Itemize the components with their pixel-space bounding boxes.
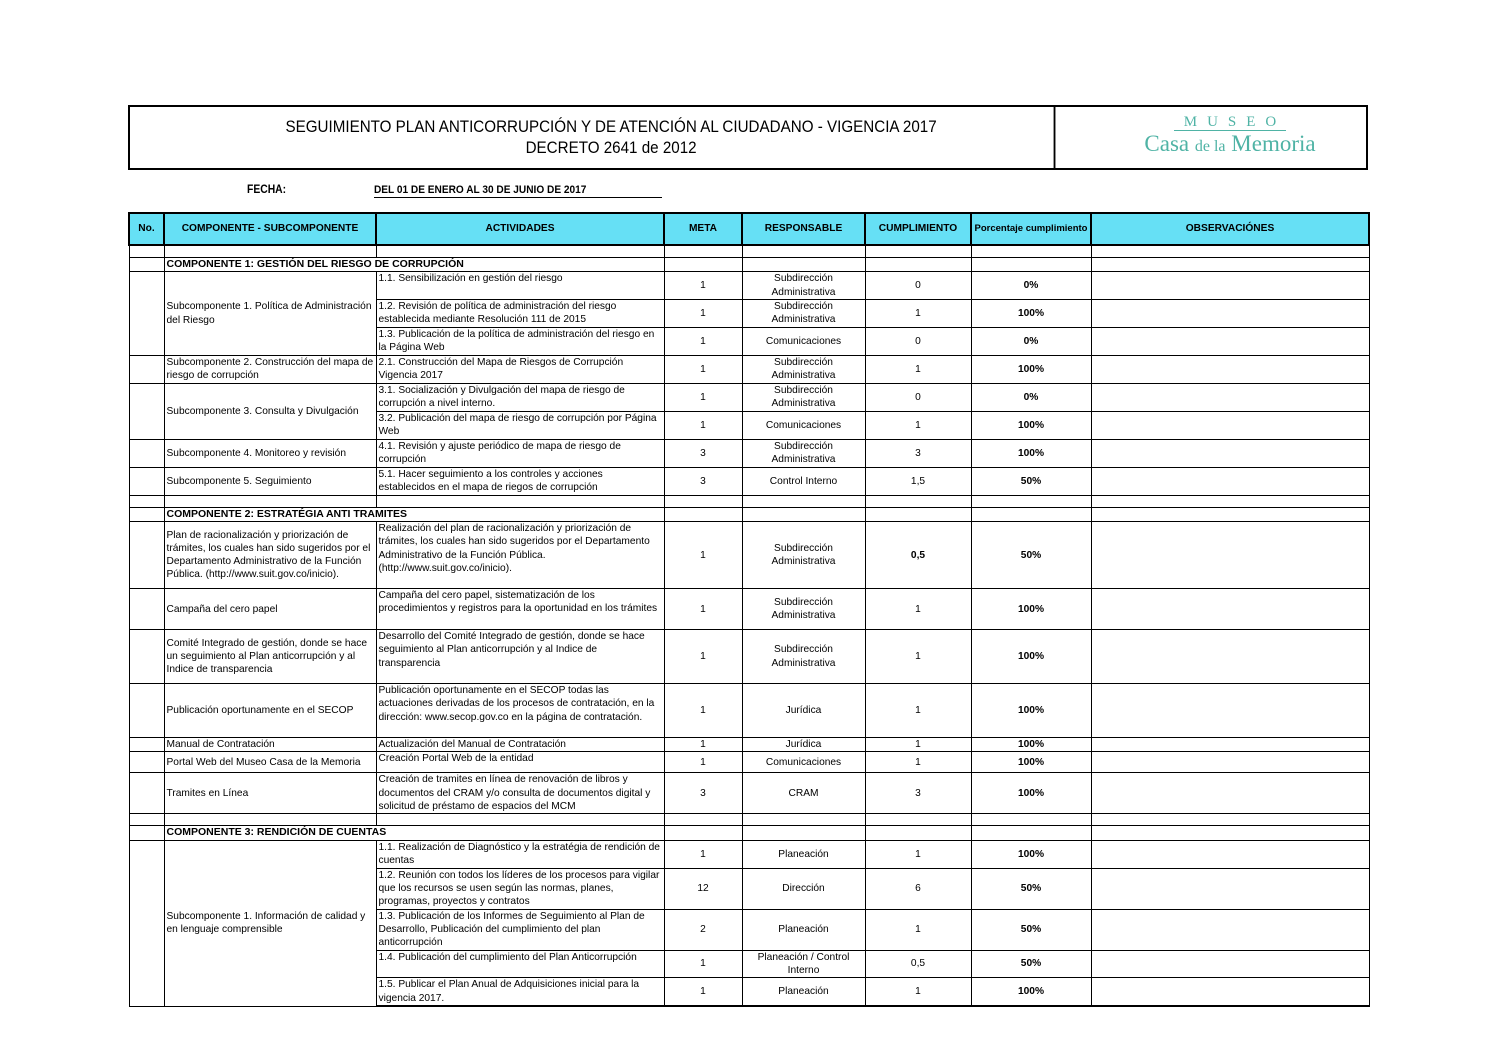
meta-cell: 1	[664, 522, 742, 589]
porcentaje-cell: 50%	[971, 868, 1091, 909]
subcomponent-cell: Comité Integrado de gestión, donde se ha…	[164, 630, 376, 684]
meta-cell: 1	[664, 738, 742, 752]
observaciones-cell	[1091, 752, 1369, 773]
subcomponent-cell: Campaña del cero papel	[164, 589, 376, 630]
responsable-cell: Subdirección Administrativa	[742, 522, 865, 589]
component-header-row: COMPONENTE 2: ESTRATÉGIA ANTI TRAMITES	[129, 507, 1369, 521]
subcomponent-cell: Tramites en Línea	[164, 773, 376, 814]
subcomponent-cell: Subcomponente 5. Seguimiento	[164, 467, 376, 495]
observaciones-cell	[1091, 978, 1369, 1007]
subcomponent-cell: Subcomponente 1. Política de Administrac…	[164, 272, 376, 356]
empty-cell	[129, 495, 164, 507]
empty-cell	[376, 245, 664, 258]
empty-cell	[865, 245, 971, 258]
porcentaje-cell: 100%	[971, 978, 1091, 1007]
row-number	[129, 355, 164, 383]
activity-cell: Publicación oportunamente en el SECOP to…	[376, 684, 664, 738]
table-row: Subcomponente 1. Información de calidad …	[129, 840, 1369, 868]
empty-cell	[376, 814, 664, 826]
component-title: COMPONENTE 2: ESTRATÉGIA ANTI TRAMITES	[164, 507, 664, 521]
empty-cell	[1091, 826, 1369, 840]
meta-cell: 1	[664, 840, 742, 868]
empty-cell	[164, 814, 376, 826]
row-number	[129, 272, 164, 356]
cumplimiento-cell: 1	[865, 752, 971, 773]
activity-cell: 1.3. Publicación de los Informes de Segu…	[376, 909, 664, 950]
porcentaje-cell: 100%	[971, 738, 1091, 752]
empty-cell	[971, 258, 1091, 272]
col-header-porcentaje: Porcentaje cumplimiento	[971, 213, 1091, 245]
responsable-cell: Control Interno	[742, 467, 865, 495]
empty-cell	[664, 258, 742, 272]
porcentaje-cell: 50%	[971, 950, 1091, 978]
cumplimiento-cell: 1,5	[865, 467, 971, 495]
component-header-row: COMPONENTE 3: RENDICIÓN DE CUENTAS	[129, 826, 1369, 840]
empty-cell	[865, 495, 971, 507]
empty-cell	[865, 507, 971, 521]
responsable-cell: CRAM	[742, 773, 865, 814]
col-header-meta: META	[664, 213, 742, 245]
meta-cell: 3	[664, 467, 742, 495]
spacer-row	[129, 245, 1369, 258]
porcentaje-cell: 0%	[971, 383, 1091, 411]
activity-cell: 2.1. Construcción del Mapa de Riesgos de…	[376, 355, 664, 383]
empty-cell	[664, 495, 742, 507]
title-line-1: SEGUIMIENTO PLAN ANTICORRUPCIÓN Y DE ATE…	[285, 117, 936, 138]
porcentaje-cell: 100%	[971, 355, 1091, 383]
table-row: Plan de racionalización y priorización d…	[129, 522, 1369, 589]
meta-cell: 1	[664, 327, 742, 355]
responsable-cell: Planeación	[742, 840, 865, 868]
component-title: COMPONENTE 1: GESTIÓN DEL RIESGO DE CORR…	[164, 258, 664, 272]
activity-cell: 1.5. Publicar el Plan Anual de Adquisici…	[376, 978, 664, 1007]
meta-cell: 3	[664, 439, 742, 467]
cumplimiento-cell: 0	[865, 272, 971, 300]
table-header-row: No. COMPONENTE - SUBCOMPONENTE ACTIVIDAD…	[129, 213, 1369, 245]
empty-cell	[971, 245, 1091, 258]
empty-cell	[1091, 245, 1369, 258]
responsable-cell: Comunicaciones	[742, 411, 865, 439]
activity-cell: 1.2. Reunión con todos los líderes de lo…	[376, 868, 664, 909]
observaciones-cell	[1091, 383, 1369, 411]
responsable-cell: Planeación / Control Interno	[742, 950, 865, 978]
observaciones-cell	[1091, 522, 1369, 589]
row-number	[129, 467, 164, 495]
activity-cell: 4.1. Revisión y ajuste periódico de mapa…	[376, 439, 664, 467]
cumplimiento-cell: 1	[865, 630, 971, 684]
observaciones-cell	[1091, 630, 1369, 684]
row-number	[129, 752, 164, 773]
responsable-cell: Comunicaciones	[742, 327, 865, 355]
empty-cell	[376, 495, 664, 507]
title-line-2: DECRETO 2641 de 2012	[526, 138, 697, 159]
observaciones-cell	[1091, 411, 1369, 439]
col-header-actividades: ACTIVIDADES	[376, 213, 664, 245]
cumplimiento-cell: 0	[865, 383, 971, 411]
meta-cell: 1	[664, 299, 742, 327]
porcentaje-cell: 100%	[971, 684, 1091, 738]
responsable-cell: Dirección	[742, 868, 865, 909]
responsable-cell: Subdirección Administrativa	[742, 355, 865, 383]
logo-casa-text: Casa de la Memoria	[1144, 131, 1315, 160]
row-number	[129, 738, 164, 752]
activity-cell: Campaña del cero papel, sistematización …	[376, 589, 664, 630]
observaciones-cell	[1091, 467, 1369, 495]
table-row: Comité Integrado de gestión, donde se ha…	[129, 630, 1369, 684]
observaciones-cell	[1091, 840, 1369, 868]
cumplimiento-cell: 3	[865, 439, 971, 467]
meta-cell: 1	[664, 383, 742, 411]
subcomponent-cell: Portal Web del Museo Casa de la Memoria	[164, 752, 376, 773]
observaciones-cell	[1091, 299, 1369, 327]
porcentaje-cell: 100%	[971, 589, 1091, 630]
empty-cell	[1091, 495, 1369, 507]
porcentaje-cell: 100%	[971, 299, 1091, 327]
empty-cell	[129, 814, 164, 826]
row-number	[129, 630, 164, 684]
row-number	[129, 773, 164, 814]
observaciones-cell	[1091, 355, 1369, 383]
porcentaje-cell: 100%	[971, 840, 1091, 868]
meta-cell: 2	[664, 909, 742, 950]
fecha-label: FECHA:	[247, 184, 286, 196]
empty-cell	[1091, 507, 1369, 521]
cumplimiento-cell: 1	[865, 355, 971, 383]
observaciones-cell	[1091, 773, 1369, 814]
activity-cell: 1.4. Publicación del cumplimiento del Pl…	[376, 950, 664, 978]
table-row: Subcomponente 4. Monitoreo y revisión4.1…	[129, 439, 1369, 467]
spacer-row	[129, 495, 1369, 507]
empty-cell	[865, 814, 971, 826]
observaciones-cell	[1091, 684, 1369, 738]
row-number	[129, 684, 164, 738]
cumplimiento-cell: 3	[865, 773, 971, 814]
observaciones-cell	[1091, 909, 1369, 950]
table-row: Manual de ContrataciónActualización del …	[129, 738, 1369, 752]
activity-cell: Creación de tramites en línea de renovac…	[376, 773, 664, 814]
porcentaje-cell: 100%	[971, 752, 1091, 773]
activity-cell: Actualización del Manual de Contratación	[376, 738, 664, 752]
meta-cell: 1	[664, 950, 742, 978]
empty-cell	[742, 826, 865, 840]
col-header-componente: COMPONENTE - SUBCOMPONENTE	[164, 213, 376, 245]
activity-cell: 5.1. Hacer seguimiento a los controles y…	[376, 467, 664, 495]
activity-cell: 1.2. Revisión de política de administrac…	[376, 299, 664, 327]
porcentaje-cell: 50%	[971, 467, 1091, 495]
meta-cell: 1	[664, 272, 742, 300]
meta-cell: 1	[664, 752, 742, 773]
cumplimiento-cell: 1	[865, 589, 971, 630]
meta-cell: 1	[664, 684, 742, 738]
empty-cell	[742, 245, 865, 258]
row-number	[129, 383, 164, 439]
empty-cell	[971, 814, 1091, 826]
subcomponent-cell: Plan de racionalización y priorización d…	[164, 522, 376, 589]
table-row: Tramites en LíneaCreación de tramites en…	[129, 773, 1369, 814]
cumplimiento-cell: 1	[865, 684, 971, 738]
meta-cell: 3	[664, 773, 742, 814]
responsable-cell: Subdirección Administrativa	[742, 299, 865, 327]
cumplimiento-cell: 1	[865, 411, 971, 439]
document-title: SEGUIMIENTO PLAN ANTICORRUPCIÓN Y DE ATE…	[169, 107, 1056, 168]
empty-cell	[971, 507, 1091, 521]
porcentaje-cell: 0%	[971, 272, 1091, 300]
porcentaje-cell: 50%	[971, 909, 1091, 950]
observaciones-cell	[1091, 589, 1369, 630]
cumplimiento-cell: 1	[865, 299, 971, 327]
empty-cell	[865, 258, 971, 272]
activity-cell: Desarrollo del Comité Integrado de gesti…	[376, 630, 664, 684]
activity-cell: Creación Portal Web de la entidad	[376, 752, 664, 773]
responsable-cell: Subdirección Administrativa	[742, 589, 865, 630]
row-number	[129, 589, 164, 630]
spacer-row	[129, 814, 1369, 826]
empty-cell	[164, 495, 376, 507]
observaciones-cell	[1091, 950, 1369, 978]
activity-cell: 1.3. Publicación de la política de admin…	[376, 327, 664, 355]
empty-cell	[865, 826, 971, 840]
responsable-cell: Comunicaciones	[742, 752, 865, 773]
cumplimiento-cell: 1	[865, 840, 971, 868]
cumplimiento-cell: 6	[865, 868, 971, 909]
cumplimiento-cell: 1	[865, 738, 971, 752]
meta-cell: 12	[664, 868, 742, 909]
table-row: Portal Web del Museo Casa de la MemoriaC…	[129, 752, 1369, 773]
table-row: Subcomponente 1. Política de Administrac…	[129, 272, 1369, 300]
museum-logo: MUSEO Casa de la Memoria	[1094, 107, 1366, 168]
activity-cell: 3.2. Publicación del mapa de riesgo de c…	[376, 411, 664, 439]
empty-cell	[1091, 258, 1369, 272]
col-header-responsable: RESPONSABLE	[742, 213, 865, 245]
porcentaje-cell: 100%	[971, 630, 1091, 684]
logo-museo-text: MUSEO	[1174, 115, 1287, 131]
cumplimiento-cell: 1	[865, 909, 971, 950]
fecha-value: DEL 01 DE ENERO AL 30 DE JUNIO DE 2017	[374, 184, 662, 198]
row-number	[129, 439, 164, 467]
table-row: Subcomponente 3. Consulta y Divulgación3…	[129, 383, 1369, 411]
component-title: COMPONENTE 3: RENDICIÓN DE CUENTAS	[164, 826, 664, 840]
observaciones-cell	[1091, 738, 1369, 752]
subcomponent-cell: Subcomponente 3. Consulta y Divulgación	[164, 383, 376, 439]
col-header-observaciones: OBSERVACIÓNES	[1091, 213, 1369, 245]
empty-cell	[664, 814, 742, 826]
cumplimiento-cell: 0,5	[865, 522, 971, 589]
responsable-cell: Jurídica	[742, 684, 865, 738]
responsable-cell: Subdirección Administrativa	[742, 439, 865, 467]
empty-cell	[664, 507, 742, 521]
empty-cell	[664, 826, 742, 840]
cumplimiento-cell: 1	[865, 978, 971, 1007]
activity-cell: Realización del plan de racionalización …	[376, 522, 664, 589]
subcomponent-cell: Subcomponente 1. Información de calidad …	[164, 840, 376, 1006]
empty-cell	[742, 814, 865, 826]
meta-cell: 1	[664, 355, 742, 383]
empty-cell	[742, 495, 865, 507]
table-row: Publicación oportunamente en el SECOPPub…	[129, 684, 1369, 738]
document-title-box: SEGUIMIENTO PLAN ANTICORRUPCIÓN Y DE ATE…	[128, 105, 1368, 170]
row-number	[129, 840, 164, 1006]
responsable-cell: Subdirección Administrativa	[742, 383, 865, 411]
responsable-cell: Planeación	[742, 978, 865, 1007]
subcomponent-cell: Subcomponente 2. Construcción del mapa d…	[164, 355, 376, 383]
observaciones-cell	[1091, 327, 1369, 355]
table-row: Subcomponente 2. Construcción del mapa d…	[129, 355, 1369, 383]
meta-cell: 1	[664, 978, 742, 1007]
responsable-cell: Subdirección Administrativa	[742, 272, 865, 300]
responsable-cell: Subdirección Administrativa	[742, 630, 865, 684]
cumplimiento-cell: 0	[865, 327, 971, 355]
plan-table-body: COMPONENTE 1: GESTIÓN DEL RIESGO DE CORR…	[129, 245, 1369, 1006]
table-row: Campaña del cero papelCampaña del cero p…	[129, 589, 1369, 630]
cumplimiento-cell: 0,5	[865, 950, 971, 978]
empty-cell	[664, 245, 742, 258]
meta-cell: 1	[664, 589, 742, 630]
row-number	[129, 522, 164, 589]
plan-table: No. COMPONENTE - SUBCOMPONENTE ACTIVIDAD…	[128, 212, 1370, 1007]
empty-cell	[742, 258, 865, 272]
responsable-cell: Jurídica	[742, 738, 865, 752]
component-header-row: COMPONENTE 1: GESTIÓN DEL RIESGO DE CORR…	[129, 258, 1369, 272]
subcomponent-cell: Publicación oportunamente en el SECOP	[164, 684, 376, 738]
porcentaje-cell: 50%	[971, 522, 1091, 589]
subcomponent-cell: Subcomponente 4. Monitoreo y revisión	[164, 439, 376, 467]
table-row: Subcomponente 5. Seguimiento5.1. Hacer s…	[129, 467, 1369, 495]
subcomponent-cell: Manual de Contratación	[164, 738, 376, 752]
activity-cell: 3.1. Socialización y Divulgación del map…	[376, 383, 664, 411]
empty-cell	[971, 826, 1091, 840]
porcentaje-cell: 100%	[971, 773, 1091, 814]
observaciones-cell	[1091, 868, 1369, 909]
empty-cell	[971, 495, 1091, 507]
empty-cell	[129, 245, 164, 258]
empty-cell	[164, 245, 376, 258]
observaciones-cell	[1091, 439, 1369, 467]
porcentaje-cell: 100%	[971, 439, 1091, 467]
porcentaje-cell: 0%	[971, 327, 1091, 355]
activity-cell: 1.1. Sensibilización en gestión del ries…	[376, 272, 664, 300]
activity-cell: 1.1. Realización de Diagnóstico y la est…	[376, 840, 664, 868]
col-header-cumplimiento: CUMPLIMIENTO	[865, 213, 971, 245]
empty-cell	[1091, 814, 1369, 826]
observaciones-cell	[1091, 272, 1369, 300]
responsable-cell: Planeación	[742, 909, 865, 950]
empty-cell	[742, 507, 865, 521]
meta-cell: 1	[664, 630, 742, 684]
empty-cell	[129, 507, 164, 521]
porcentaje-cell: 100%	[971, 411, 1091, 439]
meta-cell: 1	[664, 411, 742, 439]
empty-cell	[129, 258, 164, 272]
empty-cell	[129, 826, 164, 840]
col-header-no: No.	[129, 213, 164, 245]
